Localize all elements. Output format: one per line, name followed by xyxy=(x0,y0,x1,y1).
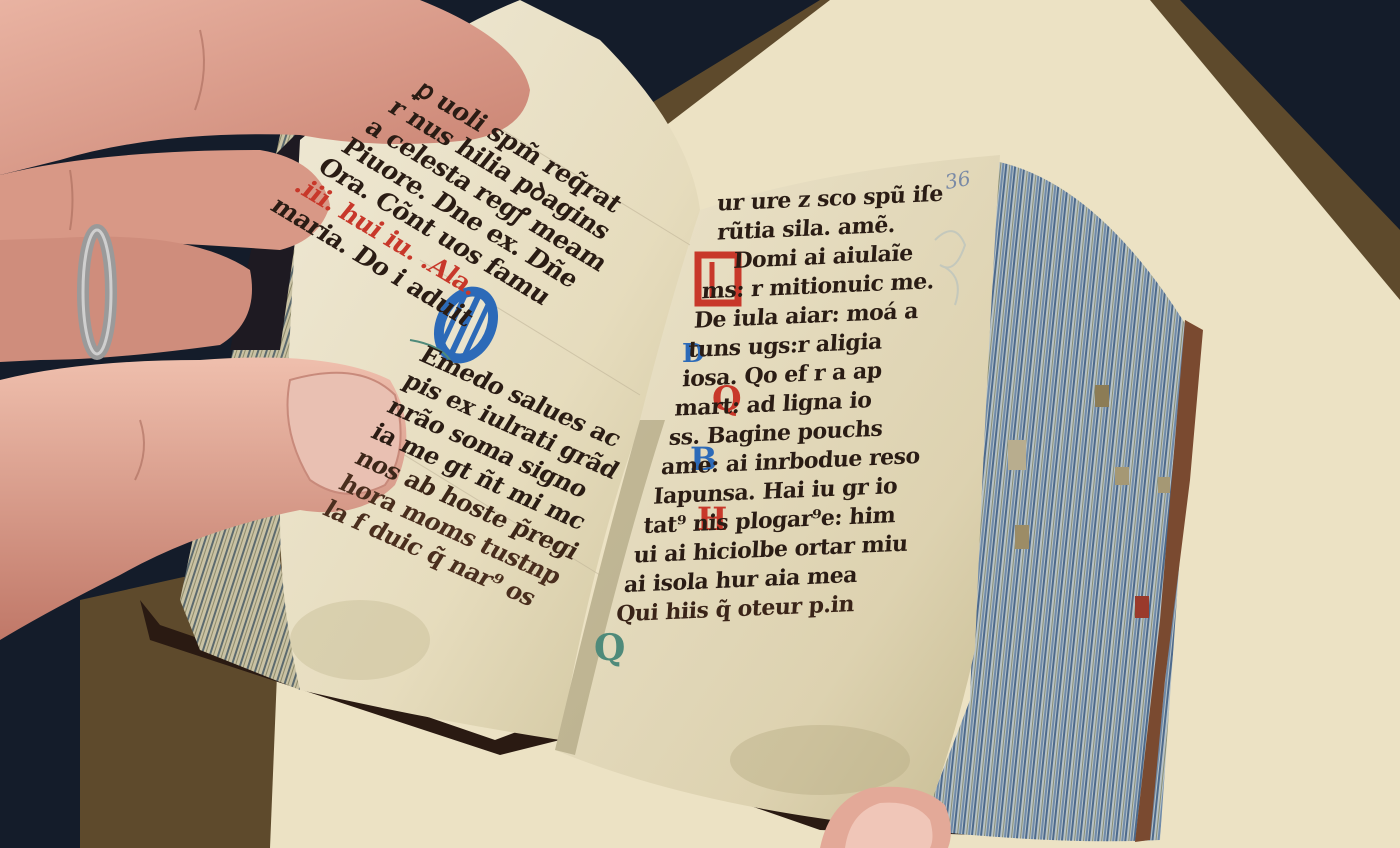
page-tab xyxy=(1008,440,1026,470)
page-tab xyxy=(1015,525,1029,549)
page-tab xyxy=(1095,385,1109,407)
page-tab xyxy=(1158,477,1170,493)
stain xyxy=(290,600,430,680)
page-tab xyxy=(1115,467,1129,485)
photo-scene: D Q B H Q ꝑ uoli spm̃ req̃ xyxy=(0,0,1400,848)
stain xyxy=(730,725,910,795)
green-initial-q: Q xyxy=(594,627,625,669)
page-tab-red xyxy=(1135,596,1149,618)
ring-finger xyxy=(0,237,252,362)
folio-number: 36 xyxy=(943,166,972,194)
